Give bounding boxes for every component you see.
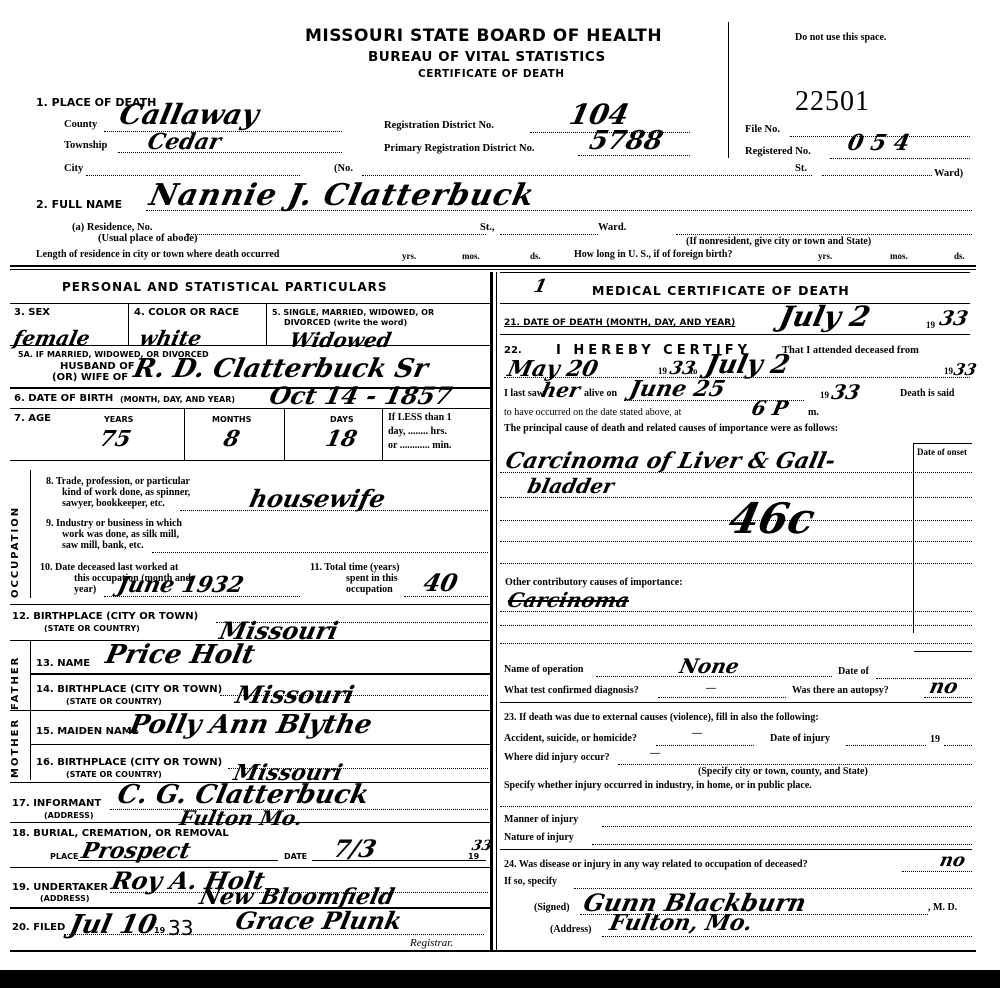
burial-year-value: 33 [470,838,493,854]
foreign-yrs-label: yrs. [818,251,832,261]
trade-label-3: sawyer, bookkeeper, etc. [62,498,165,509]
autopsy-value: no [927,674,960,698]
last-worked-label-3: year) [74,584,96,595]
autopsy-label: Was there an autopsy? [792,685,889,696]
last-worked-value: June 1932 [115,572,246,598]
registered-no-value: 0 5 4 [845,130,912,156]
operation-label: Name of operation [504,664,583,675]
residence-st-label: St., [480,222,495,233]
where-injury-label: Where did injury occur? [504,752,610,763]
sex-value: female [11,326,92,350]
dob-label: 6. DATE OF BIRTH [14,393,113,404]
filed-year-prefix: 19 [154,926,165,935]
trade-value: housewife [247,484,388,513]
dob-sub-label: (MONTH, DAY, AND YEAR) [120,395,235,404]
death-said-label: Death is said [900,388,954,399]
undertaker-label: 19. UNDERTAKER [12,882,108,893]
attended-to-year-prefix: 19 [944,366,953,376]
length-ds-label: ds. [530,251,541,261]
last-saw-label: I last saw [504,388,544,399]
age-years-value: 75 [97,426,133,452]
ward-label: Ward) [934,168,963,179]
filed-date-value: Jul 10 [67,910,160,940]
cause-line-2: bladder [525,474,616,498]
township-value: Cedar [145,129,223,155]
injury-place-type-label: Specify whether injury occurred in indus… [504,780,812,791]
nonresident-note: (If nonresident, give city or town and S… [686,236,871,247]
county-label: County [64,119,97,130]
stamp-number: 22501 [795,86,870,118]
date-of-death-year: 33 [937,306,970,330]
date-of-death-year-prefix: 19 [926,320,935,330]
burial-date-label: DATE [284,852,307,861]
father-birthplace-label: 14. BIRTHPLACE (CITY OR TOWN) [36,684,222,695]
marital-label-2: DIVORCED (write the word) [284,318,407,327]
time-of-death-value: 6 P [749,396,790,420]
spouse-label-3: (OR) WIFE OF [52,372,128,383]
age-days-label: DAYS [330,415,354,424]
injury-date-label: Date of injury [770,733,830,744]
file-no-label: File No. [745,124,780,135]
foreign-mos-label: mos. [890,251,908,261]
other-causes-value: Carcinoma [505,588,631,612]
township-label: Township [64,140,107,151]
age-months-label: MONTHS [212,415,251,424]
spouse-label-2: HUSBAND OF [60,361,135,372]
total-time-label-3: occupation [346,584,393,595]
operation-date-label: Date of [838,666,869,677]
trade-label-1: 8. Trade, profession, or particular [46,476,190,487]
father-name-label: 13. NAME [36,658,90,669]
burial-date-value: 7/3 [331,834,379,863]
personal-section-title: PERSONAL AND STATISTICAL PARTICULARS [62,280,388,294]
cause-code: 46c [725,494,819,543]
age-label: 7. AGE [14,413,51,424]
nature-injury-label: Nature of injury [504,832,574,843]
full-name-label: 2. FULL NAME [36,198,122,211]
foreign-ds-label: ds. [954,251,965,261]
father-name-value: Price Holt [103,640,258,670]
operation-value: None [677,654,741,678]
reg-district-label: Registration District No. [384,120,494,131]
age-years-label: YEARS [104,415,133,424]
other-causes-label: Other contributory causes of importance: [505,577,683,588]
mother-maiden-value: Polly Ann Blythe [127,710,375,740]
date-of-death-label: 21. DATE OF DEATH (MONTH, DAY, AND YEAR) [504,318,735,328]
father-birthplace-sub: (STATE OR COUNTRY) [66,697,162,706]
mother-birthplace-sub: (STATE OR COUNTRY) [66,770,162,779]
less-than-day-label: If LESS than 1 [388,412,452,423]
occupation-side-label: OCCUPATION [10,506,21,598]
dob-value: Oct 14 - 1857 [267,381,455,410]
length-mos-label: mos. [462,251,480,261]
form-name: CERTIFICATE OF DEATH [418,68,565,80]
city-label: City [64,163,83,174]
attended-to-label: to [690,366,698,376]
alive-on-value: June 25 [627,376,727,402]
onset-header: Date of onset [917,447,967,457]
alive-year-prefix: 19 [820,390,829,400]
occupation-related-value: no [938,850,968,871]
county-value: Callaway [116,98,261,131]
attended-from-year-prefix: 19 [658,366,667,376]
certify-text: That I attended deceased from [782,345,919,356]
total-time-value: 40 [421,568,461,597]
foreign-birth-label: How long in U. S., if of foreign birth? [574,249,732,260]
filed-year-value: 33 [168,916,193,940]
accident-label: Accident, suicide, or homicide? [504,733,637,744]
length-yrs-label: yrs. [402,251,416,261]
house-no-label: (No. [334,163,353,174]
race-value: white [137,326,203,350]
less-min-label: or ............ min. [388,440,451,451]
external-causes-label: 23. If death was due to external causes … [504,712,819,723]
physician-address: Fulton, Mo. [607,910,755,936]
alive-on-label: alive on [584,388,617,399]
total-time-label-2: spent in this [346,573,398,584]
mother-birthplace-label: 16. BIRTHPLACE (CITY OR TOWN) [36,757,222,768]
birthplace-label: 12. BIRTHPLACE (CITY OR TOWN) [12,611,198,622]
if-so-specify-label: If so, specify [504,876,557,887]
bureau-subtitle: BUREAU OF VITAL STATISTICS [368,49,606,65]
marital-value: Widowed [287,328,393,352]
marital-label: 5. SINGLE, MARRIED, WIDOWED, OR [272,308,434,317]
industry-label-2: work was done, as silk mill, [62,529,179,540]
occupation-related-label: 24. Was disease or injury in any way rel… [504,859,808,870]
date-of-death-value: July 2 [776,300,873,333]
length-residence-label: Length of residence in city or town wher… [36,249,279,260]
where-injury-value: — [650,748,660,759]
signed-label: (Signed) [534,902,570,913]
time-suffix: m. [808,407,819,418]
certify-number: 22. [504,345,522,356]
where-injury-sub: (Specify city or town, county, and State… [698,766,868,777]
attended-to-year: 33 [952,360,978,379]
registrar-signature: Grace Plunk [233,906,405,935]
informant-address: Fulton Mo. [177,806,304,830]
cause-intro-label: The principal cause of death and related… [504,423,838,434]
less-hrs-label: day, ........ hrs. [388,426,447,437]
test-confirmed-label: What test confirmed diagnosis? [504,685,639,696]
burial-place-label: PLACE [50,852,79,861]
alive-year: 33 [829,380,862,404]
sex-label: 3. SEX [14,307,50,318]
medical-section-title: MEDICAL CERTIFICATE OF DEATH [592,283,850,298]
informant-address-label: (ADDRESS) [44,811,94,820]
page-title: MISSOURI STATE BOARD OF HEALTH [305,26,662,46]
burial-place-value: Prospect [79,838,193,864]
residence-ward-label: Ward. [598,222,626,233]
age-days-value: 18 [323,426,359,452]
industry-label-3: saw mill, bank, etc. [62,540,144,551]
md-label: , M. D. [928,902,957,913]
injury-year-prefix: 19 [930,734,940,745]
section-mark: 1 [532,276,549,297]
cause-line-1: Carcinoma of Liver & Gall- [503,448,838,474]
age-months-value: 8 [221,426,242,452]
occurred-at-label: to have occurred on the date stated abov… [504,407,681,418]
office-use-note: Do not use this space. [795,32,886,43]
physician-address-label: (Address) [550,924,591,935]
full-name-value: Nannie J. Clatterbuck [146,178,538,213]
residence-sub-label: (Usual place of abode) [98,233,197,244]
registered-no-label: Registered No. [745,146,811,157]
street-label: St. [795,163,807,174]
mother-side-label: MOTHER [10,718,21,778]
birthplace-sub-label: (STATE OR COUNTRY) [44,624,140,633]
registrar-label: Registrar. [410,937,453,949]
primary-reg-label: Primary Registration District No. [384,143,534,154]
scan-edge [0,970,1000,988]
last-saw-value: her [539,378,582,402]
mother-maiden-label: 15. MAIDEN NAME [36,726,138,737]
undertaker-address-label: (ADDRESS) [40,894,90,903]
industry-label-1: 9. Industry or business in which [46,518,182,529]
accident-value: — [692,728,702,739]
primary-reg-value: 5788 [587,126,666,156]
total-time-label-1: 11. Total time (years) [310,562,399,573]
manner-injury-label: Manner of injury [504,814,578,825]
test-confirmed-value: — [706,683,716,694]
residence-label: (a) Residence, No. [72,222,152,233]
father-birthplace-value: Missouri [233,680,357,709]
filed-label: 20. FILED [12,922,65,933]
office-divider [728,22,729,158]
father-side-label: FATHER [10,656,21,710]
spouse-value: R. D. Clatterbuck Sr [131,354,431,384]
trade-label-2: kind of work done, as spinner, [62,487,190,498]
informant-label: 17. INFORMANT [12,798,101,809]
race-label: 4. COLOR OR RACE [134,307,239,318]
